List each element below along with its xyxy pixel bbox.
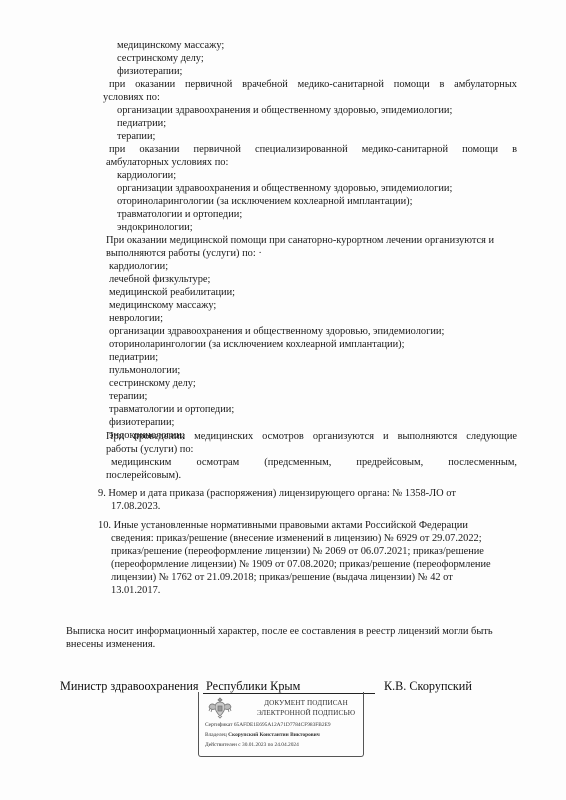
stamp-certificate: Сертификат 65AFDE1E695A12A71D7784CF983FB…	[205, 722, 331, 729]
list-item: терапии;	[109, 390, 147, 403]
list-item: неврологии;	[109, 312, 163, 325]
item-9-order-date: 17.08.2023.	[111, 500, 160, 513]
section-intro: При проведении медицинских осмотров орга…	[106, 430, 517, 443]
section-intro: при оказании первичной врачебной медико-…	[109, 78, 517, 91]
list-item: пульмонологии;	[109, 364, 180, 377]
list-item: физиотерапии;	[117, 65, 182, 78]
item-10-line: 10. Иные установленные нормативными прав…	[98, 519, 468, 532]
stamp-title-line2: ЭЛЕКТРОННОЙ ПОДПИСЬЮ	[254, 709, 358, 719]
stamp-title-line1: ДОКУМЕНТ ПОДПИСАН	[254, 699, 358, 709]
signer-position: Министр здравоохранения	[60, 679, 198, 694]
list-item: травматологии и ортопедии;	[109, 403, 234, 416]
electronic-signature-stamp: ДОКУМЕНТ ПОДПИСАН ЭЛЕКТРОННОЙ ПОДПИСЬЮ С…	[198, 692, 364, 757]
list-item: педиатрии;	[117, 117, 166, 130]
list-item: эндокринологии;	[117, 221, 193, 234]
list-item: медицинской реабилитации;	[109, 286, 235, 299]
owner-value: Скорупский Константин Викторович	[228, 732, 320, 738]
section-intro-cont: условиях по:	[103, 91, 160, 104]
disclaimer-text-cont: внесены изменения.	[66, 638, 155, 651]
owner-label: Владелец	[205, 732, 227, 738]
item-10-line: приказ/решение (переоформление лицензии)…	[111, 545, 484, 558]
section-intro: при оказании первичной специализированно…	[109, 143, 517, 156]
list-item: медицинскому массажу;	[109, 299, 216, 312]
list-item: физиотерапии;	[109, 416, 174, 429]
list-item: организации здравоохранения и общественн…	[117, 182, 452, 195]
stamp-validity: Действителен с 30.01.2023 по 24.04.2024	[205, 742, 299, 749]
item-10-line: (переоформление лицензии) № 1909 от 07.0…	[111, 558, 491, 571]
russian-coat-of-arms-icon	[207, 696, 233, 720]
list-item: организации здравоохранения и общественн…	[117, 104, 452, 117]
item-10-line: 13.01.2017.	[111, 584, 160, 597]
document-page: медицинскому массажу; сестринскому делу;…	[0, 0, 566, 800]
list-item: организации здравоохранения и общественн…	[109, 325, 444, 338]
signer-name: К.В. Скорупский	[384, 679, 472, 694]
list-item: медицинским осмотрам (предсменным, предр…	[111, 456, 517, 469]
list-item: кардиологии;	[117, 169, 176, 182]
stamp-title: ДОКУМЕНТ ПОДПИСАН ЭЛЕКТРОННОЙ ПОДПИСЬЮ	[254, 699, 358, 718]
list-item: сестринскому делу;	[109, 377, 196, 390]
list-item: оториноларингологии (за исключением кохл…	[109, 338, 405, 351]
list-item: оториноларингологии (за исключением кохл…	[117, 195, 413, 208]
item-9-order-number: 9. Номер и дата приказа (распоряжения) л…	[98, 487, 456, 500]
section-intro-cont: работы (услуги) по:	[106, 443, 193, 456]
stamp-owner: Владелец Скорупский Константин Викторови…	[205, 732, 320, 739]
list-item: медицинскому массажу;	[117, 39, 224, 52]
item-10-line: лицензии) № 1762 от 21.09.2018; приказ/р…	[111, 571, 453, 584]
certificate-label: Сертификат	[205, 722, 232, 728]
list-item: сестринскому делу;	[117, 52, 204, 65]
section-intro-cont: амбулаторных условиях по:	[106, 156, 228, 169]
list-item: педиатрии;	[109, 351, 158, 364]
list-item-cont: послерейсовым).	[106, 469, 181, 482]
section-intro-cont: выполняются работы (услуги) по: ·	[106, 247, 262, 260]
item-10-line: сведения: приказ/решение (внесение измен…	[111, 532, 482, 545]
disclaimer-text: Выписка носит информационный характер, п…	[66, 625, 493, 638]
list-item: лечебной физкультуре;	[109, 273, 210, 286]
certificate-value: 65AFDE1E695A12A71D7784CF983FB2E9	[234, 722, 331, 728]
list-item: терапии;	[117, 130, 155, 143]
section-intro: При оказании медицинской помощи при сана…	[106, 234, 494, 247]
list-item: кардиологии;	[109, 260, 168, 273]
list-item: травматологии и ортопедии;	[117, 208, 242, 221]
